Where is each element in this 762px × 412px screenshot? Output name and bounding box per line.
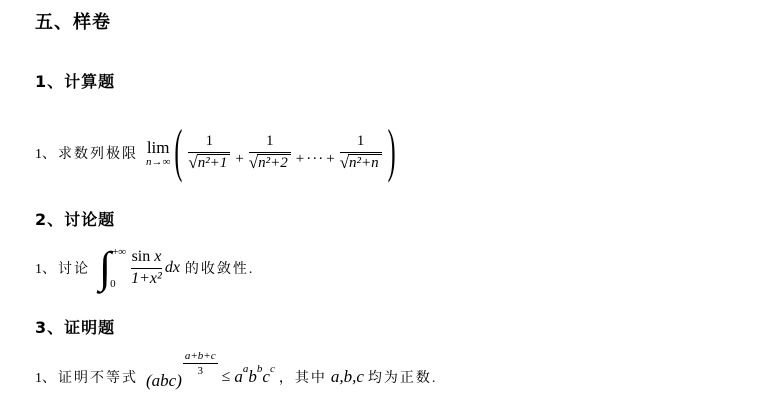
problem-1-formula: 1、 求数列极限 lim n→∞ ( 1 √ n²+1 + 1 √ n²+2 +… [35, 120, 399, 186]
integral-limits: +∞ 0 [112, 246, 126, 290]
numerator-3: 1 [357, 133, 365, 152]
document-title: 五、样卷 [35, 8, 111, 34]
problem-2-number: 1、 [35, 258, 56, 278]
problem-2-label: 讨论 [58, 258, 90, 278]
integrand-denominator: 1+x² [131, 269, 162, 288]
power-a-exponent: a [243, 363, 249, 375]
plus-operator-3: + [326, 151, 334, 168]
ellipsis-dots: ··· [306, 151, 324, 168]
document-page: 五、样卷 1、计算题 1、 求数列极限 lim n→∞ ( 1 √ n²+1 +… [0, 0, 762, 412]
denominator-1: √ n²+1 [188, 153, 230, 173]
integral-lower-limit: 0 [110, 278, 116, 290]
exponent-denominator: 3 [197, 364, 203, 377]
close-paren: ) [388, 124, 396, 183]
problem-2-formula: 1、 讨论 ∫ +∞ 0 sin x 1+x² dx 的收敛性. [35, 240, 254, 296]
problem-2-tail: 的收敛性. [185, 258, 255, 278]
power-b-base: b [248, 367, 257, 387]
power-a: a a [234, 367, 248, 387]
fraction-term-2: 1 √ n²+2 [249, 133, 291, 173]
problem-3-tail: 均为正数. [368, 367, 438, 387]
sin-variable: x [150, 248, 161, 265]
leq-relation: ≤ [222, 368, 231, 386]
fraction-term-1: 1 √ n²+1 [188, 133, 230, 173]
lim-word: lim [147, 139, 170, 156]
denominator-3: √ n²+n [340, 153, 382, 173]
power-b-exponent: b [257, 363, 263, 375]
abc-power-group: (abc) a+b+c 3 [146, 364, 218, 391]
exponent-fraction: a+b+c 3 [183, 350, 218, 377]
section-1-heading: 1、计算题 [35, 69, 115, 92]
radicand-1: n²+1 [197, 154, 231, 172]
lim-subscript: n→∞ [146, 157, 170, 168]
section-2-heading: 2、讨论题 [35, 207, 115, 230]
fraction-term-3: 1 √ n²+n [340, 133, 382, 173]
power-c: c c [262, 367, 274, 387]
open-paren: ( [174, 124, 182, 183]
integral-upper-limit: +∞ [112, 246, 126, 258]
plus-operator-1: + [235, 151, 243, 168]
power-c-exponent: c [270, 363, 275, 375]
numerator-2: 1 [266, 133, 274, 152]
integral: ∫ +∞ 0 [99, 246, 126, 290]
power-b: b b [248, 367, 262, 387]
power-a-base: a [234, 367, 243, 387]
abc-variables: a,b,c [331, 367, 364, 387]
limit-operator: lim n→∞ [146, 139, 170, 168]
qizhong-label: 其中 [295, 367, 327, 387]
exponent-numerator: a+b+c [183, 350, 218, 363]
problem-1-number: 1、 [35, 143, 56, 163]
problem-1-label: 求数列极限 [58, 143, 138, 163]
radicand-2: n²+2 [257, 154, 291, 172]
fullwidth-comma: ， [279, 367, 293, 387]
problem-3-label: 证明不等式 [58, 367, 138, 387]
integrand-numerator: sin x [132, 248, 162, 268]
power-c-base: c [262, 367, 270, 387]
integrand-fraction: sin x 1+x² [131, 248, 162, 288]
numerator-1: 1 [206, 133, 214, 152]
plus-operator-2: + [296, 151, 304, 168]
problem-3-number: 1、 [35, 367, 56, 387]
dx-differential: dx [165, 259, 180, 277]
denominator-2: √ n²+2 [249, 153, 291, 173]
abc-base: (abc) [146, 371, 182, 391]
sin-function: sin [132, 248, 151, 265]
section-3-heading: 3、证明题 [35, 315, 115, 338]
radicand-3: n²+n [348, 154, 382, 172]
problem-3-formula: 1、 证明不等式 (abc) a+b+c 3 ≤ a a b b c c ， 其… [35, 352, 437, 402]
